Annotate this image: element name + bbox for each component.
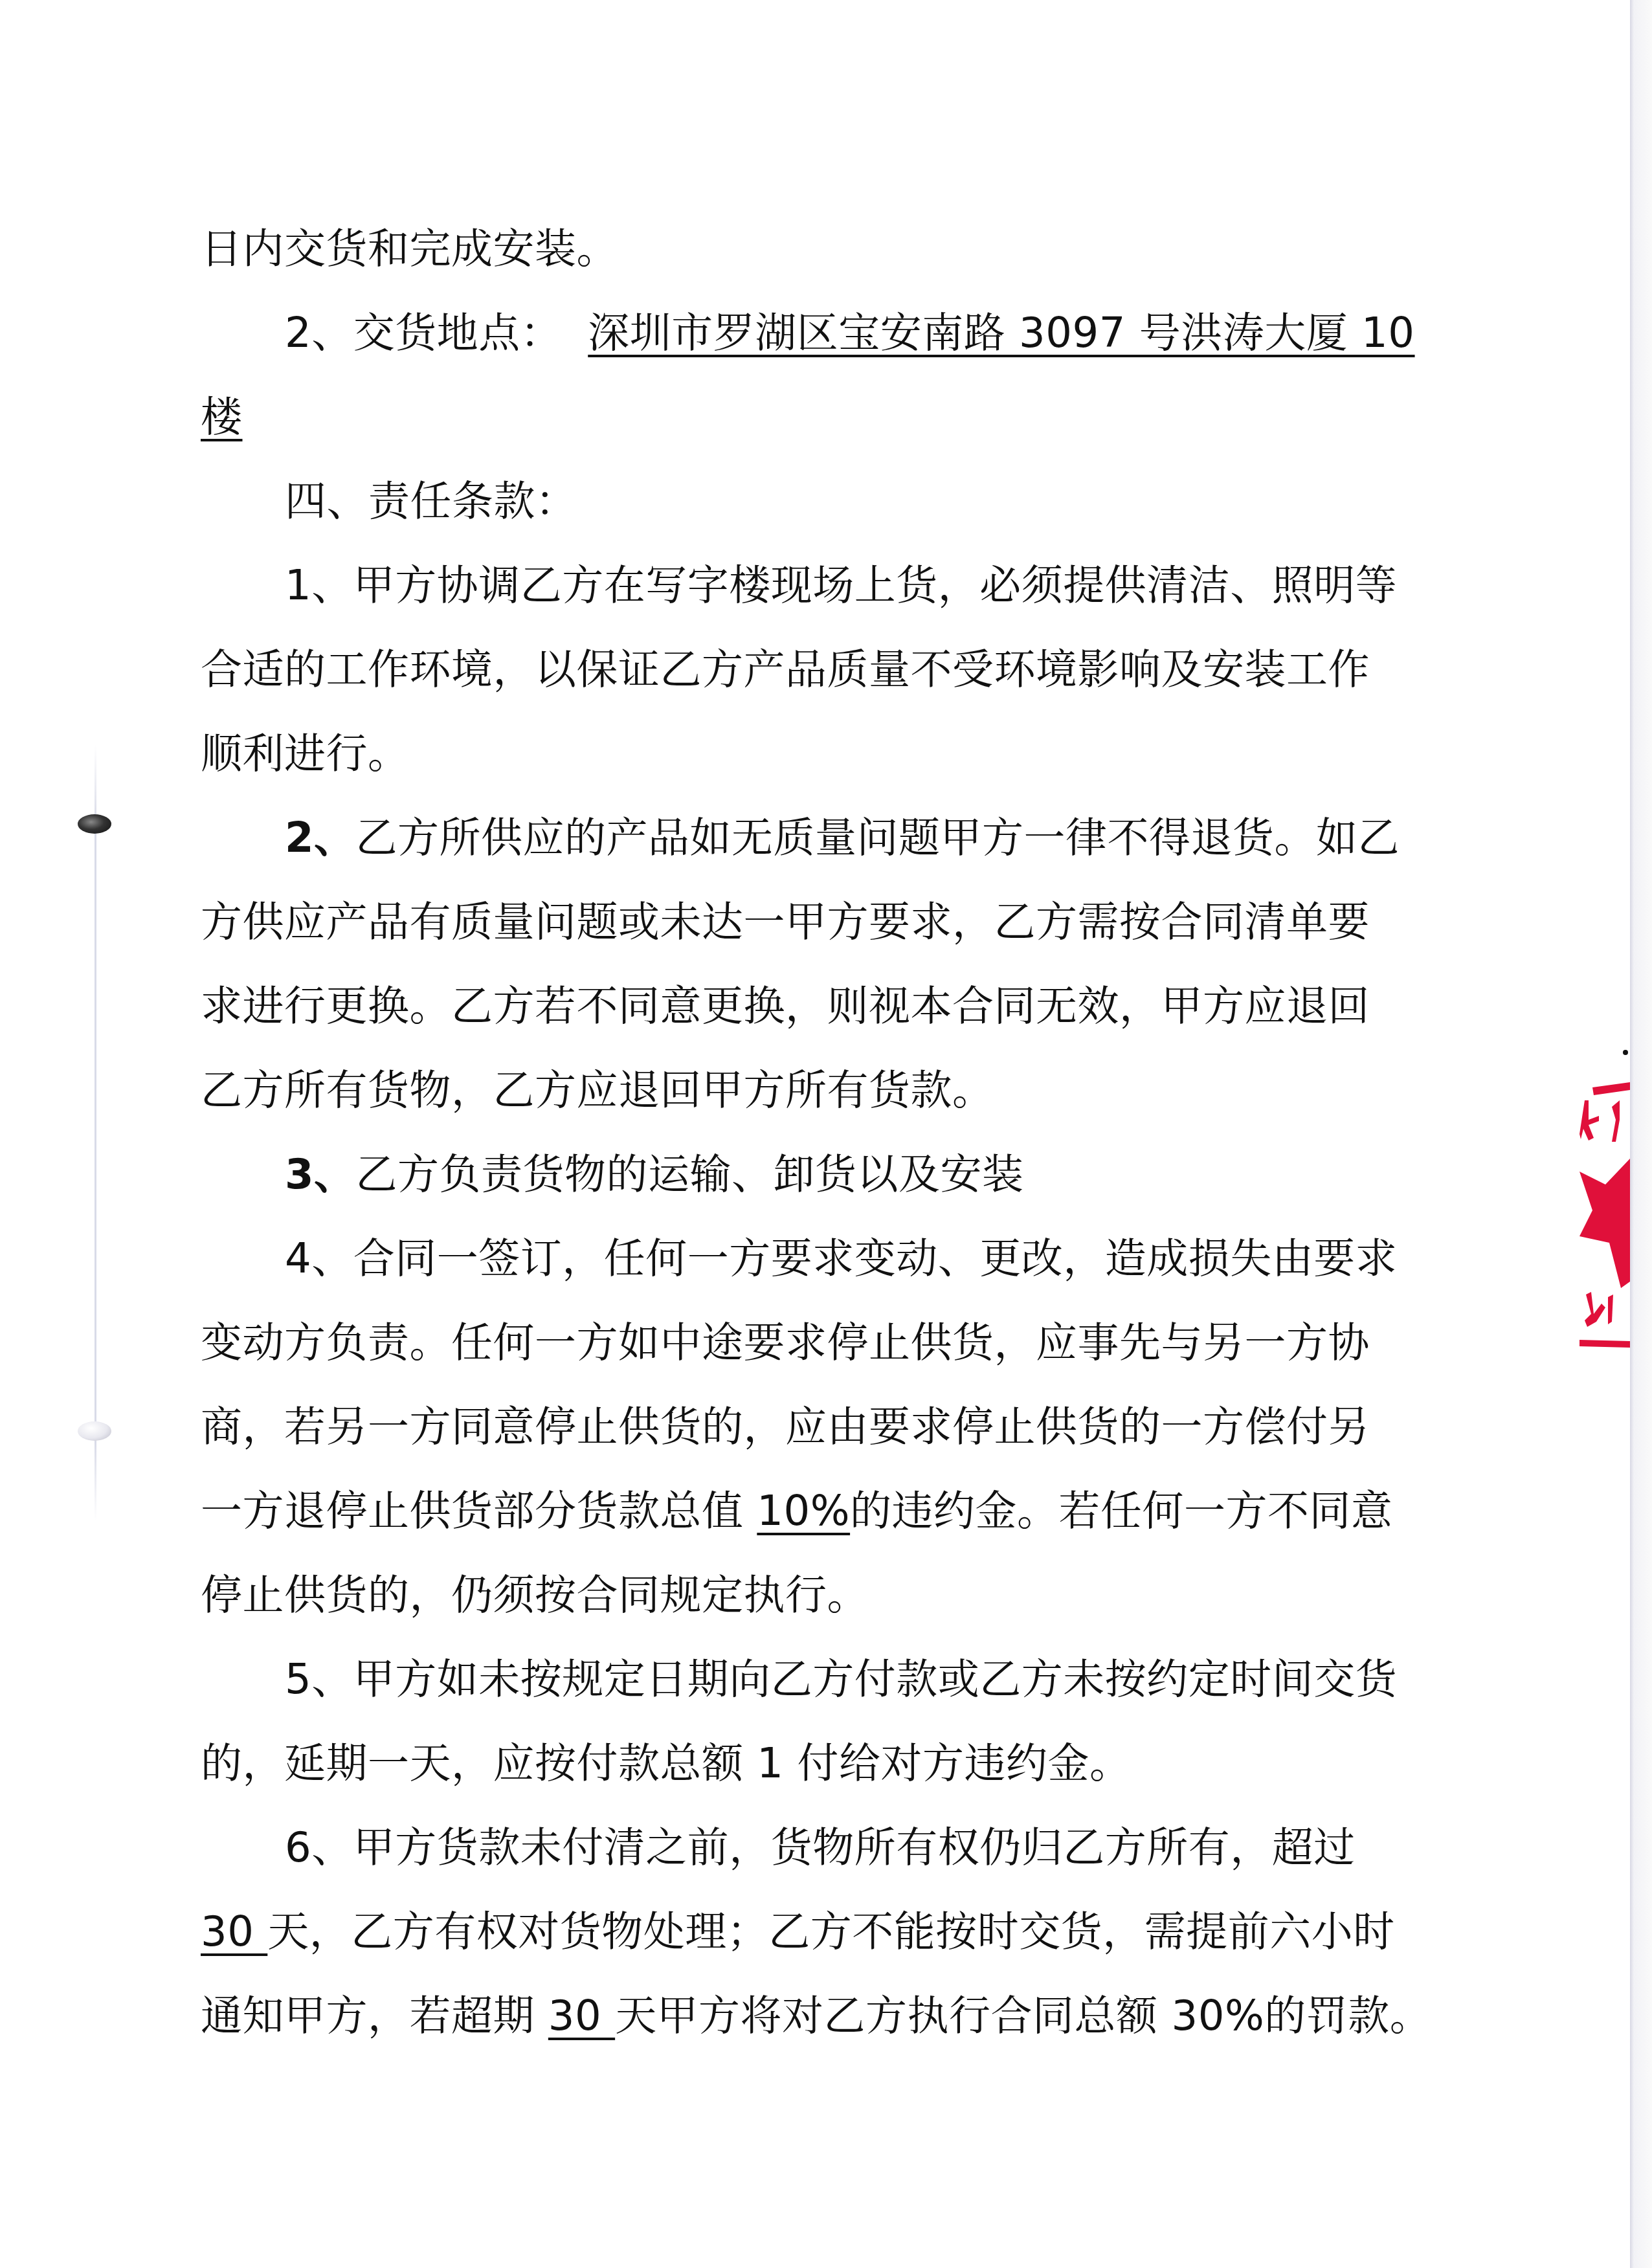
clause-1: 1、甲方协调乙方在写字楼现场上货，必须提供清洁、照明等 <box>201 544 1418 628</box>
text-line: 方供应产品有质量问题或未达一甲方要求，乙方需按合同清单要 <box>201 880 1418 964</box>
text-line: 顺利进行。 <box>201 712 1418 796</box>
clause-3: 3、乙方负责货物的运输、卸货以及安装 <box>201 1133 1418 1217</box>
contract-body: 日内交货和完成安装。 2、交货地点：深圳市罗湖区宝安南路 3097 号洪涛大厦 … <box>201 207 1418 2058</box>
seal-star-icon <box>1579 1081 1630 1353</box>
binding-hole-icon <box>78 814 111 834</box>
binding-hole-icon <box>78 1421 111 1441</box>
text-line: 通知甲方，若超期 30 天甲方将对乙方执行合同总额 30%的罚款。 <box>201 1974 1418 2058</box>
clause-4: 4、合同一签订，任何一方要求变动、更改，造成损失由要求 <box>201 1217 1418 1301</box>
text-line: 的，延期一天，应按付款总额 1 付给对方违约金。 <box>201 1722 1418 1806</box>
clause-number: 2、 <box>285 814 356 862</box>
clause-5: 5、甲方如未按规定日期向乙方付款或乙方未按约定时间交货 <box>201 1638 1418 1722</box>
text-line: 合适的工作环境，以保证乙方产品质量不受环境影响及安装工作 <box>201 628 1418 712</box>
clause-text: 乙方所供应的产品如无质量问题甲方一律不得退货。如乙 <box>356 814 1400 862</box>
text-line: 日内交货和完成安装。 <box>201 207 1418 291</box>
text-line: 30 天，乙方有权对货物处理；乙方不能按时交货，需提前六小时 <box>201 1890 1418 1974</box>
text-line: 求进行更换。乙方若不同意更换，则视本合同无效，甲方应退回 <box>201 964 1418 1049</box>
delivery-location-value: 深圳市罗湖区宝安南路 3097 号洪涛大厦 10 <box>588 309 1414 357</box>
section-heading: 四、责任条款： <box>201 460 1418 544</box>
delivery-location-line: 2、交货地点：深圳市罗湖区宝安南路 3097 号洪涛大厦 10 <box>201 291 1418 375</box>
company-seal <box>1579 1081 1630 1353</box>
text-line: 变动方负责。任何一方如中途要求停止供货，应事先与另一方协 <box>201 1301 1418 1385</box>
delivery-location-label: 2、交货地点： <box>285 309 562 357</box>
text-line: 一方退停止供货部分货款总值 10%的违约金。若任何一方不同意 <box>201 1469 1418 1553</box>
ink-dot <box>1623 1050 1628 1055</box>
penalty-rate: 10% <box>757 1487 850 1535</box>
text-line: 商，若另一方同意停止供货的，应由要求停止供货的一方偿付另 <box>201 1385 1418 1469</box>
delivery-location-value-cont: 楼 <box>201 394 243 441</box>
text-line: 乙方所有货物，乙方应退回甲方所有货款。 <box>201 1049 1418 1133</box>
clause-text: 乙方负责货物的运输、卸货以及安装 <box>356 1151 1024 1199</box>
days-value: 30 <box>201 1908 267 1956</box>
binding-line <box>95 744 96 1521</box>
text-line: 停止供货的，仍须按合同规定执行。 <box>201 1553 1418 1638</box>
page-edge <box>1630 0 1652 2268</box>
clause-6: 6、甲方货款未付清之前，货物所有权仍归乙方所有，超过 <box>201 1806 1418 1890</box>
days-value: 30 <box>548 1992 615 2040</box>
clause-2: 2、乙方所供应的产品如无质量问题甲方一律不得退货。如乙 <box>201 796 1418 880</box>
clause-number: 3、 <box>285 1151 356 1199</box>
